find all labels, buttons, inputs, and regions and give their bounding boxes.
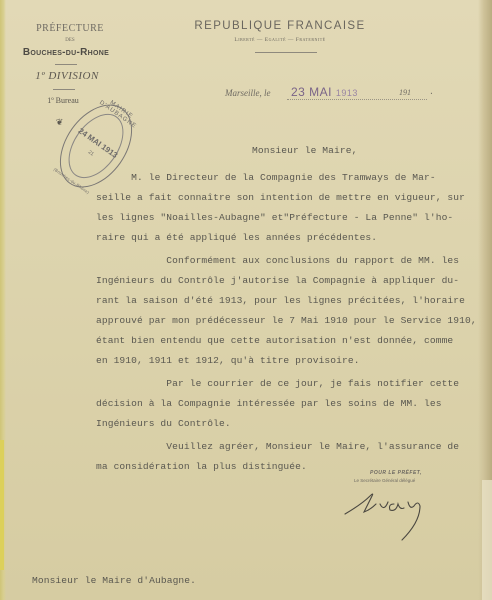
republic-motto: Liberté — Egalité — Fraternité (200, 37, 360, 43)
body-line: étant bien entendu que cette autorisatio… (96, 335, 453, 346)
ornament-icon: ❦ (56, 115, 63, 129)
paper-edge-stain (0, 440, 4, 570)
body-line: Ingénieurs du Contrôle j'autorise la Com… (96, 275, 459, 286)
body-line: raire qui a été appliqué les années préc… (96, 232, 377, 243)
mairie-received-stamp: MAIRIE D'AUBAGNE 24 MAI 1913 21 (Bouches… (45, 91, 147, 201)
body-line: Par le courrier de ce jour, je fais noti… (96, 378, 459, 389)
dateline-dotted-rule (287, 99, 427, 100)
body-line: M. le Directeur de la Compagnie des Tram… (96, 172, 436, 183)
dateline-printed-year: 191 (399, 88, 411, 97)
body-line: ma considération la plus distinguée. (96, 461, 307, 472)
body-line: Conformément aux conclusions du rapport … (96, 255, 459, 266)
salutation: Monsieur le Maire, (252, 145, 357, 156)
signature-line-pour-le-prefet: POUR LE PRÉFET, (370, 470, 422, 476)
dateline-place: Marseille, le (225, 88, 271, 98)
prefecture-heading: PRÉFECTURE (20, 23, 120, 34)
date-stamp-day-month: 23 MAI (291, 85, 332, 99)
department-name: Bouches-du-Rhone (6, 47, 126, 58)
dateline-end: . (429, 88, 434, 97)
letter-page: PRÉFECTURE DES Bouches-du-Rhone 1º DIVIS… (0, 0, 492, 600)
date-stamp: 23 MAI 1913 (291, 85, 358, 99)
body-line: Ingénieurs du Contrôle. (96, 418, 231, 429)
body-line: approuvé par mon prédécesseur le 7 Mai 1… (96, 315, 477, 326)
paper-tear (482, 480, 492, 600)
body-line: en 1910, 1911 et 1912, qu'à titre provis… (96, 355, 360, 366)
division-label: 1º DIVISION (22, 70, 112, 82)
date-stamp-year: 1913 (336, 88, 358, 98)
body-line: rant la saison d'été 1913, pour les lign… (96, 295, 465, 306)
divider (55, 64, 77, 65)
handwritten-signature-icon (340, 482, 470, 542)
addressee: Monsieur le Maire d'Aubagne. (32, 575, 196, 586)
republic-heading: REPUBLIQUE FRANCAISE (170, 20, 390, 32)
divider (53, 89, 75, 90)
body-line: décision à la Compagnie intéressée par l… (96, 398, 442, 409)
divider (255, 52, 317, 53)
dateline: Marseille, le 23 MAI 1913 191 . (225, 86, 445, 102)
body-line: seille a fait connaître son intention de… (96, 192, 465, 203)
body-line: Veuillez agréer, Monsieur le Maire, l'as… (96, 441, 459, 452)
prefecture-des: DES (50, 38, 90, 43)
body-line: les lignes "Noailles-Aubagne" et"Préfect… (96, 212, 453, 223)
